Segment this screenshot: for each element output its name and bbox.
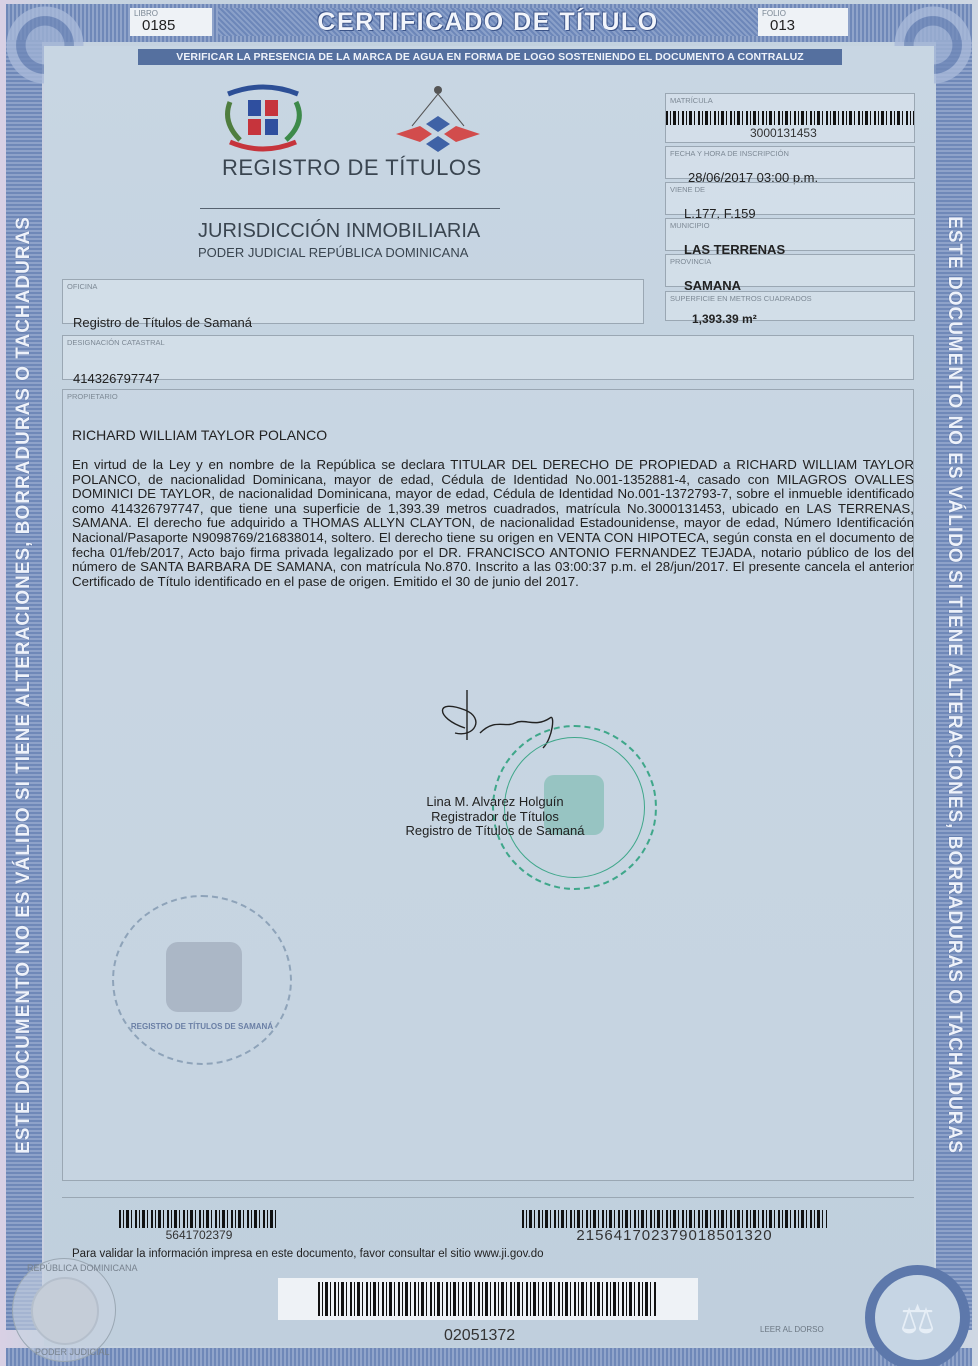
signer-role: Registrador de Títulos: [370, 810, 620, 825]
barcode-left: [119, 1210, 279, 1228]
matricula-label: MATRÍCULA: [670, 96, 713, 105]
bottom-border: [6, 1348, 972, 1366]
coat-of-arms-icon: [31, 1277, 99, 1345]
declaration-text: En virtud de la Ley y en nombre de la Re…: [72, 458, 914, 589]
oficina-value: Registro de Títulos de Samaná: [73, 315, 252, 330]
fecha-field: FECHA Y HORA DE INSCRIPCIÓN 28/06/2017 0…: [665, 146, 915, 179]
coat-of-arms-icon: [218, 82, 308, 154]
municipio-field: MUNICIPIO LAS TERRENAS: [665, 218, 915, 251]
designacion-value: 414326797747: [73, 371, 160, 386]
seal-left-bottom-text: PODER JUDICIAL: [35, 1347, 110, 1357]
registro-title: REGISTRO DE TÍTULOS: [222, 155, 482, 181]
barcode-left-number: 5641702379: [119, 1228, 279, 1242]
leer-al-dorso: LEER AL DORSO: [760, 1325, 824, 1334]
serial-barcode-box: [278, 1278, 698, 1320]
libro-value: 0185: [134, 17, 208, 34]
faint-stamp-caption: REGISTRO DE TÍTULOS DE SAMANÁ: [114, 1022, 290, 1031]
municipio-label: MUNICIPIO: [670, 221, 710, 230]
viene-de-label: VIENE DE: [670, 185, 705, 194]
faint-official-stamp: REGISTRO DE TÍTULOS DE SAMANÁ: [112, 895, 292, 1065]
propietario-value: RICHARD WILLIAM TAYLOR POLANCO: [72, 427, 327, 443]
signer-office: Registro de Títulos de Samaná: [370, 824, 620, 839]
provincia-field: PROVINCIA SAMANA: [665, 254, 915, 287]
superficie-label: SUPERFICIE EN METROS CUADRADOS: [670, 294, 812, 303]
justice-scale-seal: ⚖: [865, 1265, 970, 1366]
certificate-page: ESTE DOCUMENTO NO ES VÁLIDO SI TIENE ALT…: [0, 0, 978, 1366]
seal-left-top-text: REPÚBLICA DOMINICANA: [27, 1263, 138, 1273]
superficie-value: 1,393.39 m²: [692, 312, 757, 326]
signer-name: Lina M. Alvarez Holguín: [370, 795, 620, 810]
provincia-label: PROVINCIA: [670, 257, 711, 266]
propietario-label: PROPIETARIO: [67, 392, 118, 401]
matricula-barcode: [666, 111, 914, 125]
scale-of-justice-icon: ⚖: [875, 1297, 960, 1343]
barcode-right: [522, 1210, 827, 1228]
serial-barcode: [318, 1282, 658, 1316]
left-border: ESTE DOCUMENTO NO ES VÁLIDO SI TIENE ALT…: [6, 40, 42, 1330]
certificate-title-band: CERTIFICADO DE TÍTULO: [218, 8, 758, 36]
matricula-field: MATRÍCULA 3000131453: [665, 93, 915, 143]
validation-text: Para validar la información impresa en e…: [72, 1248, 544, 1260]
matricula-value: 3000131453: [750, 126, 817, 140]
oficina-field: OFICINA Registro de Títulos de Samaná: [62, 279, 644, 324]
right-border: ESTE DOCUMENTO NO ES VÁLIDO SI TIENE ALT…: [936, 40, 972, 1330]
designacion-field: DESIGNACIÓN CATASTRAL 414326797747: [62, 335, 914, 380]
certificate-title: CERTIFICADO DE TÍTULO: [317, 8, 658, 37]
libro-box: LIBRO 0185: [130, 8, 212, 36]
fecha-label: FECHA Y HORA DE INSCRIPCIÓN: [670, 149, 789, 158]
left-border-text: ESTE DOCUMENTO NO ES VÁLIDO SI TIENE ALT…: [13, 216, 35, 1154]
folio-box: FOLIO 013: [758, 8, 848, 36]
surveyor-tripod-icon: [392, 82, 484, 154]
serial-number: 02051372: [444, 1327, 515, 1345]
right-border-text: ESTE DOCUMENTO NO ES VÁLIDO SI TIENE ALT…: [943, 216, 965, 1154]
designacion-label: DESIGNACIÓN CATASTRAL: [67, 338, 165, 347]
coat-of-arms-icon: [166, 942, 242, 1012]
watermark-notice: VERIFICAR LA PRESENCIA DE LA MARCA DE AG…: [138, 49, 842, 65]
jurisdiccion-title: JURISDICCIÓN INMOBILIARIA: [198, 220, 480, 243]
signature-block: Lina M. Alvarez Holguín Registrador de T…: [370, 795, 620, 839]
republica-dominicana-seal: REPÚBLICA DOMINICANA PODER JUDICIAL: [12, 1258, 116, 1362]
folio-value: 013: [762, 17, 844, 34]
superficie-field: SUPERFICIE EN METROS CUADRADOS 1,393.39 …: [665, 291, 915, 321]
barcode-right-number: 215641702379018501320: [522, 1227, 827, 1244]
divider: [200, 208, 500, 209]
oficina-label: OFICINA: [67, 282, 97, 291]
poder-judicial-subtitle: PODER JUDICIAL REPÚBLICA DOMINICANA: [198, 245, 468, 260]
viene-de-field: VIENE DE L.177, F.159: [665, 182, 915, 215]
